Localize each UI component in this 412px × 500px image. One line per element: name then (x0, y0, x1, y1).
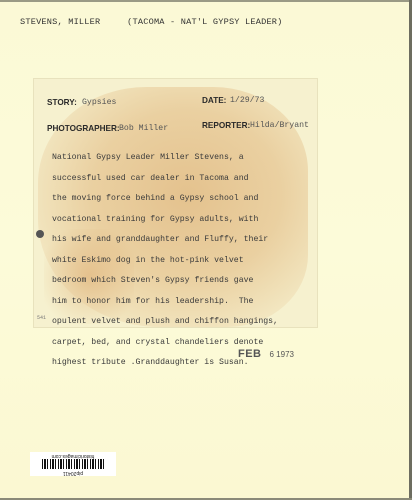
received-date-stamp: FEB6 1973 (238, 344, 294, 362)
story-value: Gypsies (82, 98, 116, 107)
reporter-value: Hilda/Bryant (250, 121, 309, 130)
caption-line: successful used car dealer in Tacoma and (52, 169, 322, 190)
caption-body: National Gypsy Leader Miller Stevens, a … (52, 148, 322, 374)
story-label: STORY: (47, 98, 77, 107)
photographer-value: Bob Miller (119, 124, 168, 133)
caption-line: him to honor him for his leadership. The (52, 292, 322, 313)
caption-line: the moving force behind a Gypsy school a… (52, 189, 322, 210)
stamp-month: FEB (238, 348, 262, 360)
barcode-icon (42, 459, 104, 469)
barcode-label: pip20411 historicimages.com (30, 452, 116, 476)
barcode-code: pip20411 (30, 470, 116, 476)
photographer-label: PHOTOGRAPHER: (47, 124, 120, 133)
barcode-site: historicimages.com (30, 453, 116, 459)
stamp-date: 6 1973 (270, 350, 294, 359)
caption-line: opulent velvet and plush and chiffon han… (52, 312, 322, 333)
caption-line: bedroom which Steven's Gypsy friends gav… (52, 271, 322, 292)
header-line: STEVENS, MILLER (TACOMA - NAT'L GYPSY LE… (20, 17, 283, 27)
punch-hole (36, 230, 44, 238)
caption-line: white Eskimo dog in the hot-pink velvet (52, 251, 322, 272)
caption-line: National Gypsy Leader Miller Stevens, a (52, 148, 322, 169)
corner-mark: 541 (37, 315, 46, 321)
page-border-top (0, 0, 412, 2)
caption-line: his wife and granddaughter and Fluffy, t… (52, 230, 322, 251)
header-subject: STEVENS, MILLER (20, 17, 100, 27)
date-value: 1/29/73 (230, 96, 264, 105)
header-caption-tag: (TACOMA - NAT'L GYPSY LEADER) (127, 17, 282, 27)
caption-line: vocational training for Gypsy adults, wi… (52, 210, 322, 231)
date-label: DATE: (202, 96, 226, 105)
reporter-label: REPORTER: (202, 121, 250, 130)
